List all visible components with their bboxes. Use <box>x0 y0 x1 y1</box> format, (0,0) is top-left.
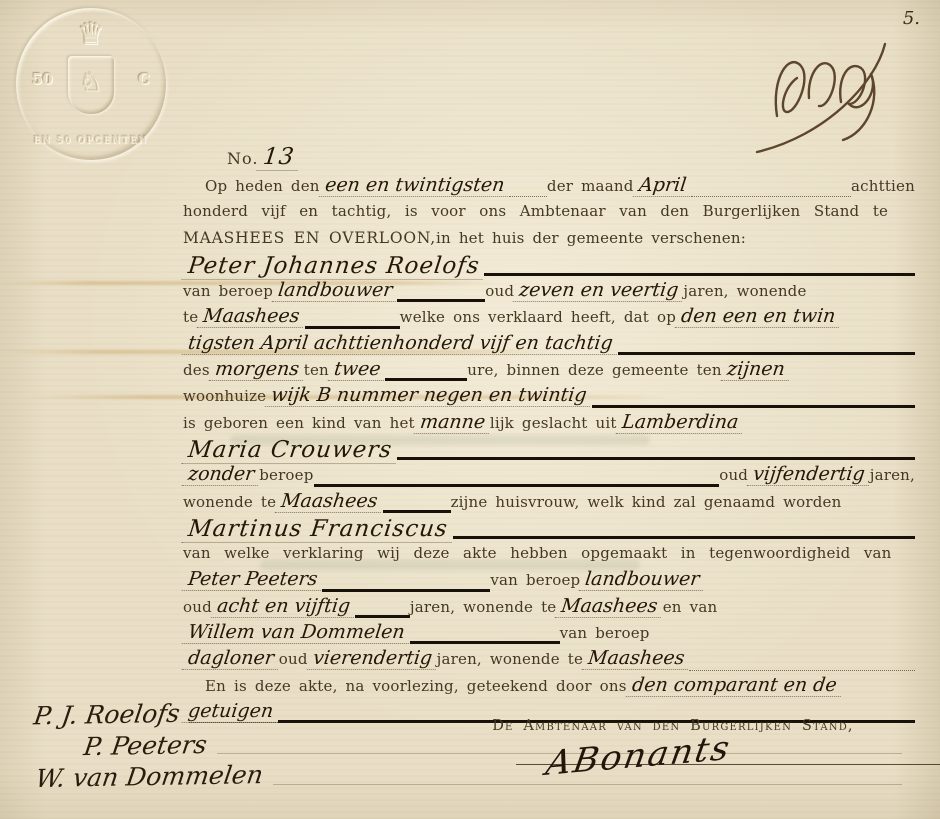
printed-form-text: jaren, <box>870 466 915 484</box>
act-line: desmorgenstentweeure, binnen deze gemeen… <box>183 360 915 386</box>
act-line: honderd vijf en tachtig, is voor ons Amb… <box>183 202 915 228</box>
act-line: van welke verklaring wij deze akte hebbe… <box>183 544 915 570</box>
handwritten-entry: zonder <box>182 465 261 486</box>
printed-form-text: van beroep <box>183 282 273 300</box>
handwritten-entry: April <box>632 176 692 197</box>
handwritten-entry: Maashees <box>582 649 691 670</box>
witness-signature: P. J. Roelofs <box>32 701 192 731</box>
printed-form-text: zijne huisvrouw, welk kind zal genaamd w… <box>451 493 842 511</box>
handwritten-entry: zijnen <box>720 360 790 381</box>
fill-in-rule <box>397 457 915 460</box>
crown-icon: ♛ <box>78 20 105 50</box>
printed-form-text: van beroep <box>560 624 650 642</box>
act-line: woonhuizewijk B nummer negen en twintig <box>183 386 915 412</box>
handwritten-entry: zeven en veertig <box>513 281 685 302</box>
handwritten-entry: vijfendertig <box>747 465 871 486</box>
printed-form-text: welke ons verklaard heeft, dat op <box>400 308 676 326</box>
fill-in-rule <box>355 615 410 618</box>
printed-form-text: MAASHEES EN OVERLOON, <box>183 229 436 247</box>
handwritten-entry: Peter Peeters <box>182 570 324 591</box>
printed-form-text: van welke verklaring wij deze akte hebbe… <box>183 544 892 562</box>
handwritten-entry: een en twintigsten <box>318 176 510 197</box>
handwritten-entry: Peter Johannes Roelofs <box>181 255 486 280</box>
printed-form-text: woonhuize <box>183 387 266 405</box>
act-line: teMaasheeswelke ons verklaard heeft, dat… <box>183 307 915 333</box>
handwritten-entry: Maashees <box>197 307 306 328</box>
dotted-baseline <box>689 670 915 671</box>
fill-in-rule <box>383 510 451 513</box>
printed-form-text: des <box>183 361 210 379</box>
handwritten-entry: Maria Crouwers <box>181 439 398 464</box>
handwritten-entry: dagloner <box>182 649 280 670</box>
printed-form-text: beroep <box>259 466 313 484</box>
registrar-block: De Ambtenaar van den Burgerlijken Stand,… <box>438 718 908 734</box>
handwritten-entry: wijk B nummer negen en twintig <box>265 386 593 407</box>
act-line: zonderberoepoudvijfendertigjaren, <box>183 465 915 491</box>
heraldic-lion-icon: ♘ <box>79 70 102 96</box>
registrar-title: De Ambtenaar van den Burgerlijken Stand, <box>438 718 908 734</box>
signature-baseline <box>273 784 903 785</box>
printed-form-text: No. <box>183 149 258 168</box>
printed-form-text: En is deze akte, na voorlezing, geteeken… <box>183 677 627 695</box>
act-line: van beroeplandbouweroudzeven en veertigj… <box>183 281 915 307</box>
act-line: Martinus Franciscus <box>183 518 915 544</box>
handwritten-entry: Maashees <box>275 492 384 513</box>
fill-in-rule <box>592 405 915 408</box>
printed-form-text: oud <box>279 650 308 668</box>
act-line: wonende teMaasheeszijne huisvrouw, welk … <box>183 492 915 518</box>
witness-signature-row: P. Peeters <box>84 733 902 764</box>
printed-form-text: en van <box>663 598 718 616</box>
witness-signature-row: W. van Dommelen <box>36 764 902 795</box>
act-line: oudacht en vijftigjaren, wonende teMaash… <box>183 597 915 623</box>
printed-form-text: Op heden den <box>183 177 320 195</box>
act-line: Op heden deneen en twintigstender maandA… <box>183 176 915 202</box>
act-line: Maria Crouwers <box>183 439 915 465</box>
act-line: dagloneroudvierendertigjaren, wonende te… <box>183 649 915 675</box>
act-line: En is deze akte, na voorlezing, geteeken… <box>183 676 915 702</box>
printed-form-text: oud <box>719 466 748 484</box>
handwritten-entry: tigsten April achttienhonderd vijf en ta… <box>182 334 619 355</box>
handwritten-entry: Lamberdina <box>615 413 744 434</box>
act-line: tigsten April achttienhonderd vijf en ta… <box>183 334 915 360</box>
fill-in-rule <box>322 589 490 592</box>
printed-form-text: jaren, wonende te <box>410 598 556 616</box>
handwritten-entry: den een en twin <box>675 307 842 328</box>
witness-signature: W. van Dommelen <box>34 762 275 793</box>
handwritten-entry: manne <box>413 413 491 434</box>
fill-in-rule <box>385 378 467 381</box>
handwritten-entry: landbouwer <box>579 570 706 591</box>
fill-in-rule <box>484 273 915 276</box>
witness-signature: P. Peeters <box>82 732 219 761</box>
witness-signatures: P. J. RoelofsP. PeetersW. van Dommelen <box>22 702 902 795</box>
dotted-baseline <box>691 196 851 197</box>
printed-form-text: lijk geslacht uit <box>490 414 617 432</box>
dotted-baseline <box>509 196 547 197</box>
act-line: MAASHEES EN OVERLOON, in het huis der ge… <box>183 229 915 255</box>
handwritten-entry: vierendertig <box>306 649 438 670</box>
act-line: Peter Peetersvan beroeplandbouwer <box>183 570 915 596</box>
seal-denomination-right: C <box>138 70 150 88</box>
printed-form-text: oud <box>183 598 212 616</box>
act-line: No.13 <box>183 146 915 176</box>
handwritten-entry: twee <box>328 360 387 381</box>
seal-legend: EN 50 OPCENTEN <box>16 136 166 146</box>
act-line: Peter Johannes Roelofs <box>183 255 915 281</box>
handwritten-entry: den comparant en de <box>625 676 842 697</box>
fill-in-rule <box>305 326 400 329</box>
printed-form-text: wonende te <box>183 493 276 511</box>
printed-form-text: oud <box>485 282 514 300</box>
fill-in-rule <box>397 299 485 302</box>
fill-in-rule <box>410 641 560 644</box>
fill-in-rule <box>453 536 915 539</box>
handwritten-entry: Willem van Dommelen <box>182 623 411 644</box>
handwritten-entry: acht en vijftig <box>211 597 357 618</box>
printed-form-text: jaren, wonende <box>683 282 806 300</box>
handwritten-entry: landbouwer <box>272 281 399 302</box>
printed-form-text: der maand <box>547 177 634 195</box>
seal-denomination-left: 50 <box>32 70 53 88</box>
printed-form-text: ure, binnen deze gemeente ten <box>467 361 721 379</box>
act-body: No.13Op heden deneen en twintigstender m… <box>183 146 915 728</box>
printed-form-text: in het huis der gemeente verschenen: <box>436 229 746 247</box>
embossed-revenue-seal: ♛ ♘ 50 C EN 50 OPCENTEN <box>16 8 166 160</box>
printed-form-text: is geboren een kind van het <box>183 414 415 432</box>
printed-form-text: ten <box>304 361 329 379</box>
act-line: Willem van Dommelenvan beroep <box>183 623 915 649</box>
printed-form-text: honderd vijf en tachtig, is voor ons Amb… <box>183 202 888 220</box>
printed-form-text: jaren, wonende te <box>437 650 583 668</box>
handwritten-entry: morgens <box>208 360 305 381</box>
printed-form-text: achttien <box>851 177 915 195</box>
fill-in-rule <box>618 352 915 355</box>
scanned-paper: ♛ ♘ 50 C EN 50 OPCENTEN 5. No.13Op heden… <box>0 0 940 819</box>
act-line: is geboren een kind van hetmannelijk ges… <box>183 413 915 439</box>
fill-in-rule <box>314 484 720 487</box>
handwritten-entry: Martinus Franciscus <box>181 518 454 543</box>
handwritten-entry: 13 <box>257 146 301 171</box>
printed-form-text: te <box>183 308 198 326</box>
printed-form-text: van beroep <box>490 571 580 589</box>
handwritten-entry: Maashees <box>555 597 664 618</box>
clerk-paraph-signature <box>747 16 922 166</box>
